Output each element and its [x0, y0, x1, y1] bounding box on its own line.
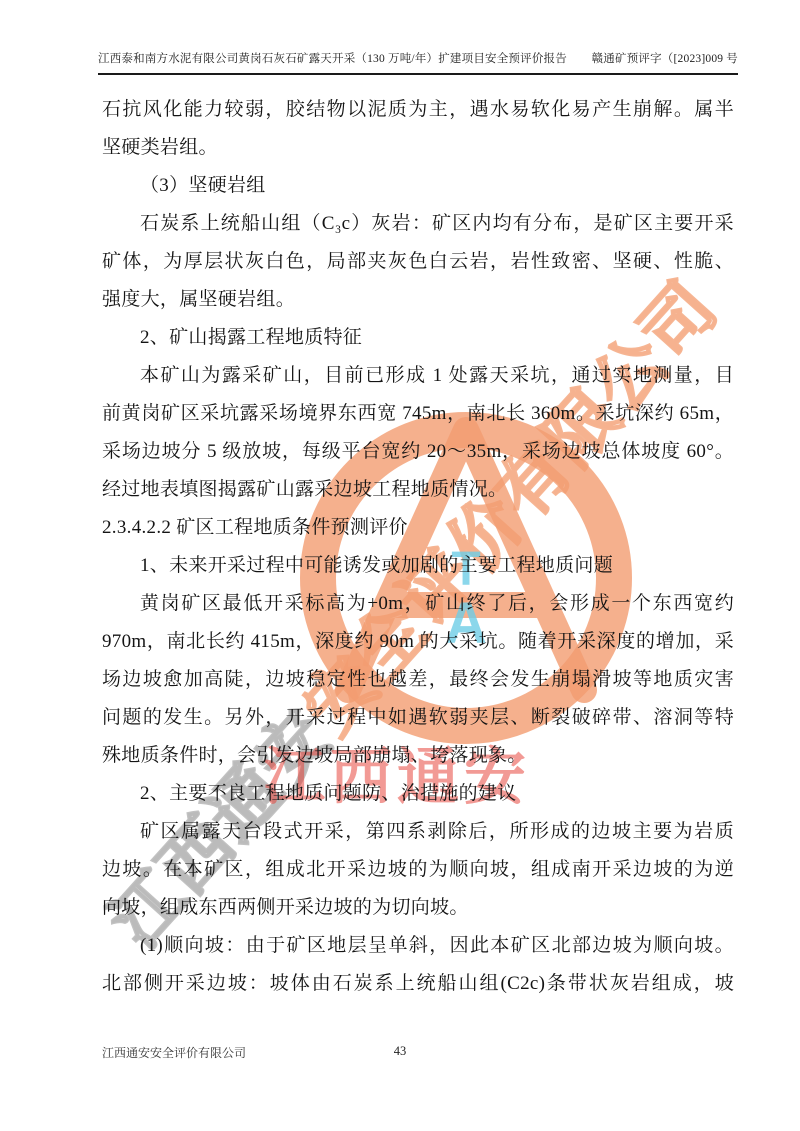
page-number: 43 [0, 1044, 800, 1059]
body-line: 边坡。在本矿区，组成北开采边坡的为顺向坡，组成南开采边坡的为逆 [102, 851, 734, 889]
body-line: 黄岗矿区最低开采标高为+0m，矿山终了后，会形成一个东西宽约 [102, 585, 734, 623]
body-line: 石炭系上统船山组（C₃c）灰岩：矿区内均有分布，是矿区主要开采 [102, 205, 734, 243]
header-report-title: 江西泰和南方水泥有限公司黄岗石灰石矿露天开采（130 万吨/年）扩建项目安全预评… [98, 50, 567, 66]
body-heading: 1、未来开采过程中可能诱发或加剧的主要工程地质问题 [102, 547, 734, 585]
body-line: 北部侧开采边坡：坡体由石炭系上统船山组(C2c)条带状灰岩组成，坡 [102, 965, 734, 1003]
page-header: 江西泰和南方水泥有限公司黄岗石灰石矿露天开采（130 万吨/年）扩建项目安全预评… [98, 50, 738, 75]
body-heading: 2.3.4.2.2 矿区工程地质条件预测评价 [102, 509, 734, 547]
body-line: 问题的发生。另外，开采过程中如遇软弱夹层、断裂破碎带、溶洞等特 [102, 699, 734, 737]
body-line: 矿区属露天台段式开采，第四系剥除后，所形成的边坡主要为岩质 [102, 813, 734, 851]
body-line: 本矿山为露采矿山，目前已形成 1 处露天采坑，通过实地测量，目 [102, 357, 734, 395]
document-page: { "header": { "left": "江西泰和南方水泥有限公司黄岗石灰石… [0, 0, 800, 1131]
body-heading: 2、主要不良工程地质问题防、治措施的建议 [102, 775, 734, 813]
body-line: 殊地质条件时，会引发边坡局部崩塌、垮落现象。 [102, 737, 734, 775]
body-line: 970m，南北长约 415m，深度约 90m 的大采坑。随着开采深度的增加，采 [102, 623, 734, 661]
body-line: 石抗风化能力较弱，胶结物以泥质为主，遇水易软化易产生崩解。属半 [102, 91, 734, 129]
body-line: 坚硬类岩组。 [102, 129, 734, 167]
body-heading: 2、矿山揭露工程地质特征 [102, 319, 734, 357]
body-line: （3）坚硬岩组 [102, 167, 734, 205]
body-line: 强度大，属坚硬岩组。 [102, 281, 734, 319]
document-body: 石抗风化能力较弱，胶结物以泥质为主，遇水易软化易产生崩解。属半 坚硬类岩组。 （… [102, 91, 734, 1003]
body-line: 经过地表填图揭露矿山露采边坡工程地质情况。 [102, 471, 734, 509]
body-line: 采场边坡分 5 级放坡，每级平台宽约 20～35m，采场边坡总体坡度 60°。 [102, 433, 734, 471]
body-line: (1)顺向坡：由于矿区地层呈单斜，因此本矿区北部边坡为顺向坡。 [102, 927, 734, 965]
body-line: 矿体，为厚层状灰白色，局部夹灰色白云岩，岩性致密、坚硬、性脆、 [102, 243, 734, 281]
body-line: 前黄岗矿区采坑露采场境界东西宽 745m，南北长 360m。采坑深约 65m， [102, 395, 734, 433]
body-line: 场边坡愈加高陡，边坡稳定性也越差，最终会发生崩塌滑坡等地质灾害 [102, 661, 734, 699]
body-line: 向坡，组成东西两侧开采边坡的为切向坡。 [102, 889, 734, 927]
header-doc-number: 赣通矿预评字（[2023]009 号 [592, 50, 738, 66]
